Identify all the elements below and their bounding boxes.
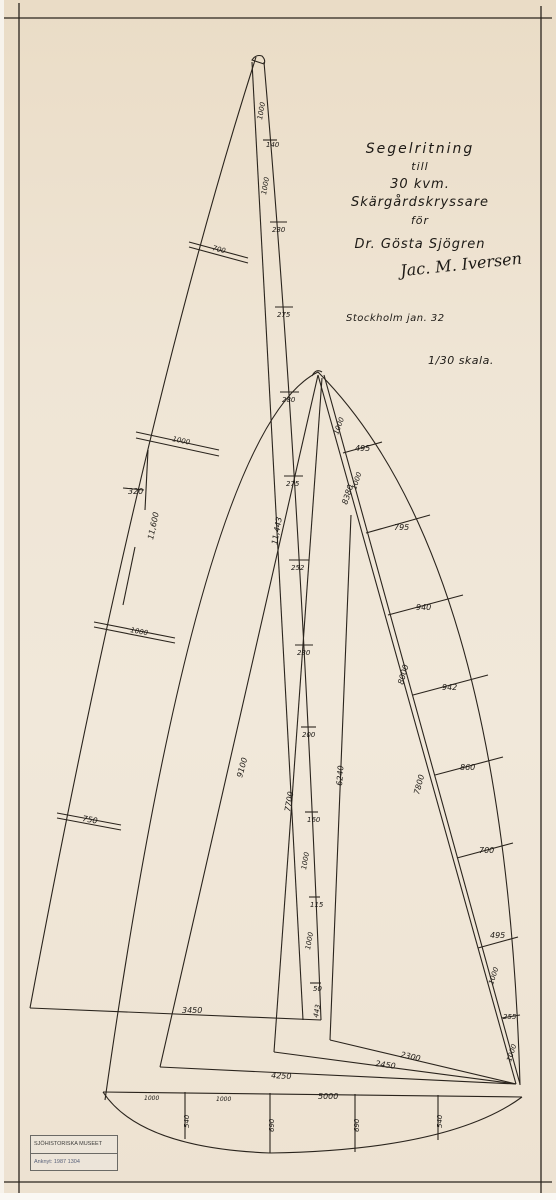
svg-text:1000: 1000	[144, 1095, 159, 1102]
title-line-till: till	[320, 158, 520, 176]
jib-large-luff	[160, 375, 318, 1067]
svg-text:252: 252	[291, 564, 305, 572]
stamp-museum-name: SJÖHISTORISKA MUSEET	[31, 1136, 117, 1153]
svg-text:540: 540	[436, 1114, 444, 1128]
svg-text:860: 860	[460, 763, 475, 772]
svg-text:1000: 1000	[300, 851, 311, 870]
svg-text:1000: 1000	[172, 435, 192, 447]
svg-text:1000: 1000	[350, 471, 363, 491]
scale-note: 1/30 skala.	[428, 354, 494, 367]
svg-text:9100: 9100	[235, 757, 249, 779]
svg-text:320: 320	[128, 487, 143, 496]
svg-text:115: 115	[310, 901, 324, 909]
svg-text:750: 750	[82, 814, 99, 826]
title-block: Segelritning till 30 kvm. Skärgårdskryss…	[320, 140, 520, 254]
svg-text:275: 275	[286, 480, 300, 488]
svg-text:1000: 1000	[304, 931, 315, 950]
title-line-for: för	[320, 212, 520, 230]
jib-small-foot	[330, 1040, 516, 1084]
svg-text:495: 495	[355, 444, 370, 453]
forestay	[318, 375, 516, 1084]
foot-arc	[103, 1092, 522, 1153]
svg-text:1000: 1000	[130, 626, 150, 637]
place-date: Stockholm jan. 32	[346, 313, 445, 324]
svg-text:50: 50	[313, 985, 322, 993]
svg-text:275: 275	[277, 311, 291, 319]
paper-bottom-edge	[0, 1193, 556, 1200]
drawing-sheet: 140 230 275 280 275 252 230 200 160 115 …	[0, 0, 556, 1200]
svg-text:940: 940	[416, 603, 431, 612]
svg-text:230: 230	[297, 649, 311, 657]
boat-class: 30 kvm. Skärgårdskryssare	[320, 176, 520, 212]
svg-text:2450: 2450	[375, 1059, 396, 1071]
jib-large-foot	[160, 1067, 516, 1084]
svg-text:7700: 7700	[283, 791, 295, 813]
svg-text:7800: 7800	[412, 774, 426, 796]
svg-text:1000: 1000	[487, 966, 500, 986]
stamp-accession: Anknyt: 1987 1304	[31, 1153, 117, 1171]
svg-text:5000: 5000	[318, 1092, 338, 1101]
mast-label: 140	[266, 141, 280, 149]
svg-text:3450: 3450	[182, 1006, 202, 1015]
svg-text:255: 255	[503, 1013, 517, 1021]
svg-text:160: 160	[307, 816, 321, 824]
svg-text:1000: 1000	[216, 1096, 231, 1103]
svg-text:280: 280	[282, 396, 296, 404]
svg-text:690: 690	[353, 1118, 361, 1132]
svg-text:1000: 1000	[332, 416, 346, 436]
svg-text:11,600: 11,600	[146, 511, 161, 540]
svg-text:1000: 1000	[505, 1043, 518, 1063]
svg-text:230: 230	[272, 226, 286, 234]
svg-text:4250: 4250	[271, 1071, 292, 1081]
svg-text:540: 540	[183, 1114, 191, 1128]
svg-text:1000: 1000	[256, 101, 267, 120]
svg-text:6240: 6240	[335, 765, 345, 786]
foot-baseline	[103, 1092, 522, 1097]
svg-text:690: 690	[268, 1118, 276, 1132]
svg-text:1000: 1000	[260, 176, 271, 195]
svg-text:2300: 2300	[400, 1050, 422, 1063]
museum-stamp: SJÖHISTORISKA MUSEET Anknyt: 1987 1304	[30, 1135, 118, 1171]
svg-text:942: 942	[442, 683, 457, 692]
svg-text:495: 495	[490, 931, 505, 940]
drawing-title: Segelritning	[320, 140, 520, 158]
svg-text:700: 700	[479, 846, 494, 855]
svg-text:200: 200	[302, 731, 316, 739]
svg-text:795: 795	[394, 523, 409, 532]
mast-length-label: 11,443	[270, 516, 284, 545]
